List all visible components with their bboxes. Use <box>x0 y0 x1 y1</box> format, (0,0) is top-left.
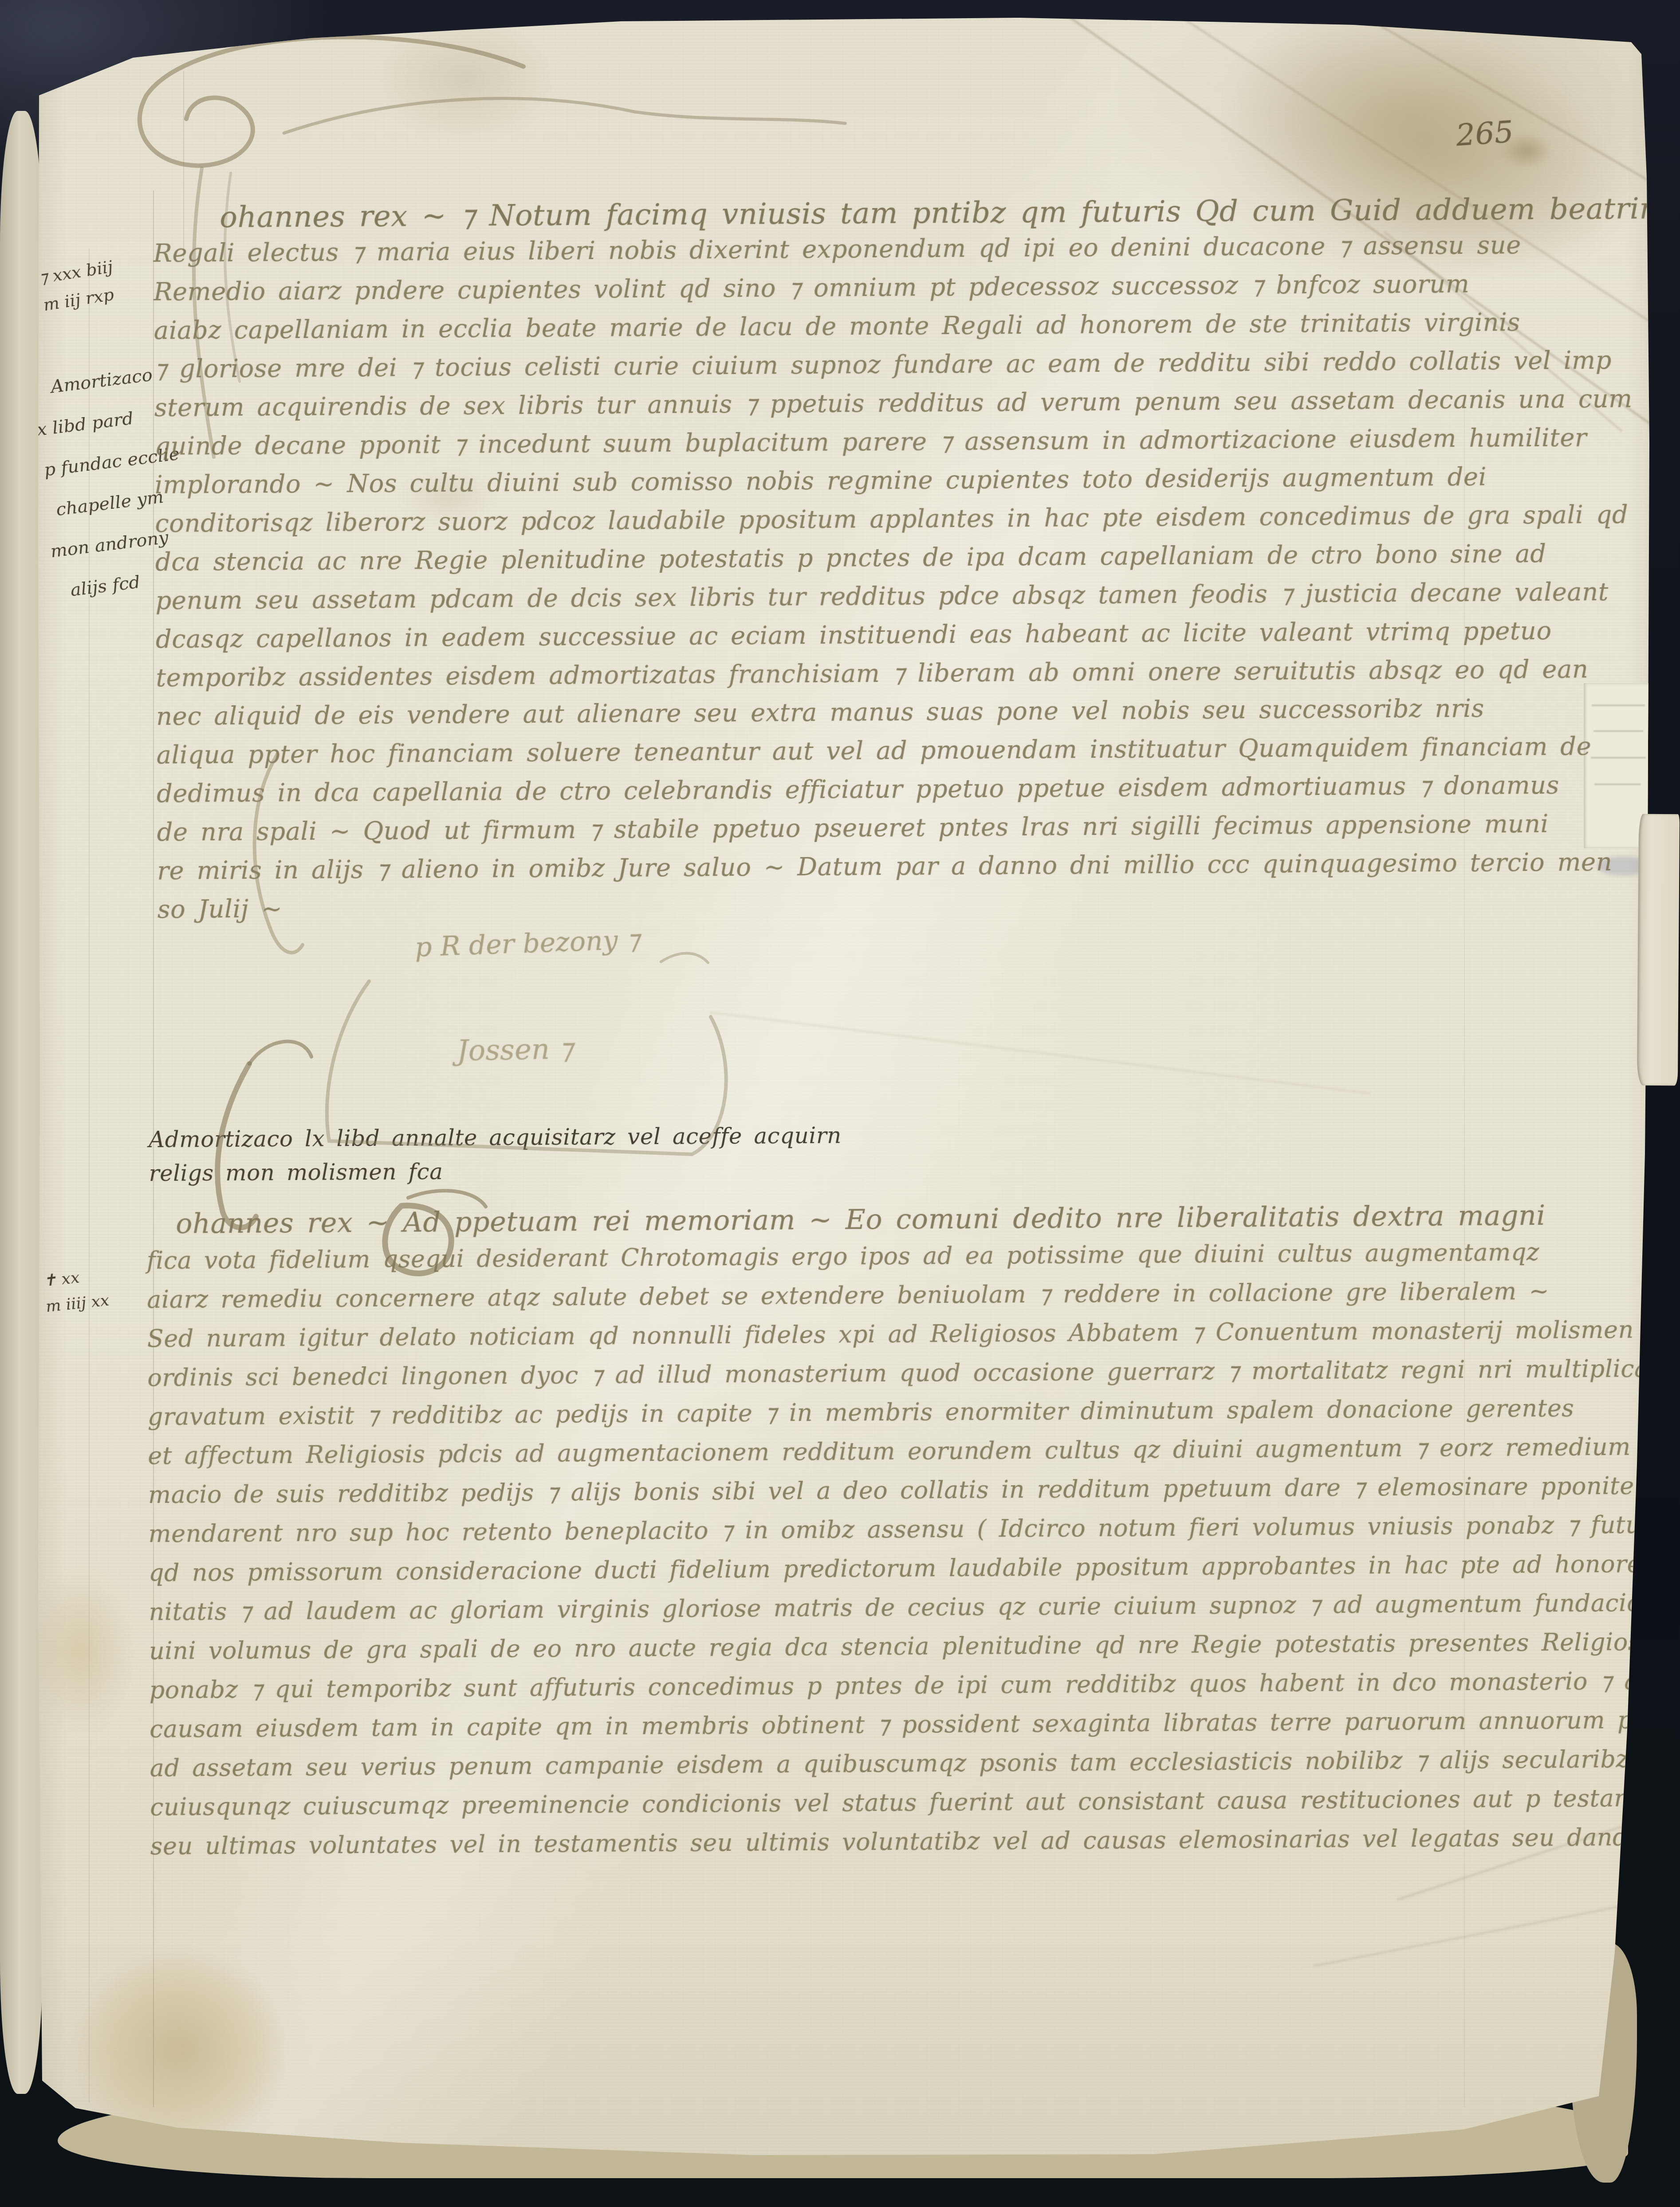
charter-text-block-2: ohannes rex ~ Ad ppetuam rei memoriam ~ … <box>146 1199 1588 1871</box>
fold-crease <box>1313 1904 1627 1967</box>
charter-text-block-1: ohannes rex ~ ⁊ Notum facimq vniusis tam… <box>153 192 1590 934</box>
folio-number: 265 <box>1455 114 1515 153</box>
margin-note-second-entry: ✝ xxm iiij xx <box>42 1262 110 1320</box>
rubric-line: religs mon molismen fca <box>149 1156 842 1194</box>
ghost-text-line <box>1594 783 1641 785</box>
ghost-text-line <box>1592 704 1645 706</box>
rubric-line: Admortizaco lx libd annalte acquisitarz … <box>149 1122 842 1161</box>
fold-crease <box>710 1011 1370 1094</box>
ghost-text-line <box>1593 730 1643 732</box>
subscription-countersign: Jossen ⁊ <box>456 1033 573 1068</box>
parchment-page: 265 ⁊ xxx biijm iij rxp Amortizacolx lib… <box>0 0 1680 2207</box>
ghost-text-line <box>1591 757 1646 759</box>
previous-folio-edge <box>0 111 43 2094</box>
protruding-slip <box>1637 814 1680 1086</box>
margin-note-top: ⁊ xxx biijm iij rxp <box>37 253 119 319</box>
rubric-heading: Admortizaco lx libd annalte acquisitarz … <box>149 1122 842 1194</box>
stain <box>27 1570 133 1730</box>
manuscript-scan: 265 ⁊ xxx biijm iij rxp Amortizacolx lib… <box>0 0 1680 2207</box>
manuscript-line: seu ultimas voluntates vel in testamenti… <box>150 1823 1588 1871</box>
manuscript-line: so Julij ~ <box>157 886 1590 934</box>
